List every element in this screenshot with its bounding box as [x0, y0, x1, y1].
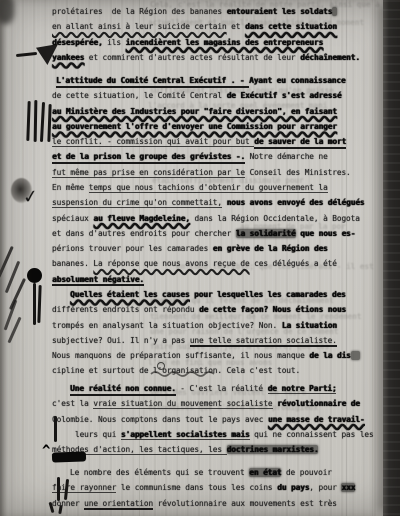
- paragraph-2: L'attitude du Comité Central Exécutif . …: [52, 76, 382, 183]
- text-segment: de Exécutif s'est adressé: [227, 91, 342, 100]
- text-segment: spéciaux: [52, 214, 93, 223]
- typed-line: fut même pas prise en considération par …: [52, 168, 382, 183]
- typed-line: spéciaux au fleuve Magdeleine, dans la R…: [52, 214, 382, 229]
- text-segment: yankees: [52, 53, 84, 62]
- text-segment: faire rayonner: [52, 483, 116, 493]
- text-segment: , pour: [309, 483, 341, 492]
- text-segment: de sauver de la mort: [254, 137, 346, 149]
- text-segment: Nous manquons de préparation suffisante,…: [52, 351, 309, 360]
- text-segment: au Ministère des Industries pour "faire …: [52, 107, 337, 116]
- paragraph-4: Quelles étaient les causes pour lesquell…: [52, 290, 382, 382]
- typed-line: Une réalité non connue. - C'est la réali…: [52, 384, 382, 399]
- text-segment: de cette situation, le Comité Central: [52, 91, 227, 100]
- text-segment: ces délégués a été: [250, 259, 337, 268]
- typed-line: c'est la vraie situation du mouvement so…: [52, 399, 382, 414]
- typed-line: subjective? Oui. Il n'y a pas une telle …: [52, 336, 382, 351]
- paragraph-5: Une réalité non connue. - C'est la réali…: [52, 384, 382, 460]
- text-segment: Colombie. Nous comptons dans tout le pay…: [52, 415, 268, 424]
- text-segment: Le nombre des éléments qui se trouvent: [70, 468, 249, 477]
- text-segment: périons trouver pour les camarades: [52, 244, 213, 253]
- circle-mark: [157, 362, 165, 370]
- text-segment: de pouvoir: [281, 468, 332, 477]
- text-segment: Quelles étaient les causes: [70, 290, 189, 299]
- typed-line: différents endroits ont répondu de cette…: [52, 305, 382, 320]
- text-segment: s'appellent socialistes mais: [121, 430, 250, 440]
- right-edge-dark-band: [383, 0, 400, 516]
- text-segment: une telle saturation socialiste.: [190, 336, 337, 348]
- text-segment: au gouvernement l'offre d'envoyer une Co…: [52, 122, 337, 131]
- text-segment: et de la prison le groupe des grévistes …: [52, 152, 245, 164]
- caret-mark: ^: [42, 443, 50, 459]
- typed-line: donner une orientation révolutionnaire a…: [52, 499, 382, 514]
- text-segment: la solidarité: [236, 229, 296, 238]
- left-edge-shadow: [0, 0, 7, 516]
- text-segment: nous avons envoyé des délégués: [222, 198, 364, 207]
- typed-line: Quelles étaient les causes pour lesquell…: [52, 290, 382, 305]
- text-segment: et commirent d'autres actes résultant de…: [84, 53, 300, 62]
- text-segment: bananes.: [52, 259, 93, 268]
- squiggle-divider: [150, 370, 222, 377]
- text-segment: La situation: [282, 321, 337, 330]
- text-segment: temps que nous tachions d'obtenir du gou…: [89, 183, 328, 193]
- typed-line: En même temps que nous tachions d'obteni…: [52, 183, 382, 198]
- typed-line: et dans d'autres endroits pour chercher …: [52, 229, 382, 244]
- text-segment: [351, 351, 360, 360]
- text-segment: en état: [249, 468, 281, 477]
- text-segment: ils: [103, 38, 126, 47]
- text-segment: dans cette situation: [245, 22, 337, 31]
- typed-line: suspension du crime qu'on commettait, no…: [52, 198, 382, 213]
- text-segment: en grève de la Région des: [213, 244, 328, 253]
- text-segment: le communisme dans tous les coins: [116, 483, 277, 492]
- typed-line: de cette situation, le Comité Central de…: [52, 91, 382, 106]
- typed-line: désespérée, ils incendièrent les magasin…: [52, 38, 382, 53]
- text-segment: et dans d'autres endroits pour chercher: [52, 229, 236, 238]
- text-segment: de notre Parti;: [268, 384, 337, 394]
- text-segment: [332, 7, 337, 16]
- text-segment: xxx: [341, 483, 355, 492]
- text-segment: que nous es-: [296, 229, 356, 238]
- top-left-corner-shadow: [0, 0, 14, 24]
- text-segment: déchaînement.: [300, 53, 360, 62]
- text-segment: prolétaires de la Région des bananes: [52, 7, 227, 16]
- typed-line: Nous manquons de préparation suffisante,…: [52, 351, 382, 366]
- typed-line: méthodes d'action, les tactiques, les do…: [52, 445, 382, 460]
- typed-line: L'attitude du Comité Central Exécutif . …: [52, 76, 382, 91]
- text-segment: le conflit. - commission qui avait pour …: [52, 137, 254, 147]
- typed-line: le conflit. - commission qui avait pour …: [52, 137, 382, 152]
- text-segment: Notre démarche ne: [245, 152, 328, 161]
- typed-line: faire rayonner le communisme dans tous l…: [52, 483, 382, 498]
- typed-line: périons trouver pour les camarades en gr…: [52, 244, 382, 259]
- text-segment: Ayant eu connaissance: [249, 76, 345, 85]
- typed-line: absolument négative.: [52, 275, 382, 290]
- text-segment: en allant ainsi à leur suicide certain: [52, 22, 227, 31]
- typed-line: au Ministère des Industries pour "faire …: [52, 107, 382, 122]
- text-segment: pour lesquelles les camarades des: [189, 290, 345, 299]
- pencil-dash: [16, 52, 37, 57]
- text-segment: vraie situation du mouvement socialiste: [93, 399, 272, 409]
- typed-line: leurs qui s'appellent socialistes mais q…: [52, 430, 382, 445]
- typed-line: prolétaires de la Région des bananes ent…: [52, 7, 382, 22]
- text-segment: c'est la: [52, 399, 93, 408]
- text-segment: Une réalité non connue.: [70, 384, 176, 396]
- paragraph-6: Le nombre des éléments qui se trouvent e…: [52, 468, 382, 514]
- text-segment: trompés en analysant la situation object…: [52, 321, 282, 330]
- text-segment: dans la Région Occidentale, à Bogota: [190, 214, 360, 223]
- text-segment: et: [227, 22, 245, 31]
- text-segment: révolutionnaire aux mouvements est très: [153, 499, 337, 508]
- paragraph-1: prolétaires de la Région des bananes ent…: [52, 7, 382, 68]
- text-segment: au fleuve Magdeleine,: [93, 214, 189, 223]
- typed-line: Colombie. Nous comptons dans tout le pay…: [52, 415, 382, 430]
- text-segment: subjective? Oui. Il n'y a pas: [52, 336, 190, 345]
- document-photo: Cela, c'est la réalité de notre parti, a…: [0, 0, 400, 516]
- text-segment: une orientation: [84, 499, 153, 511]
- text-segment: du pays: [277, 483, 309, 492]
- typed-line: au gouvernement l'offre d'envoyer une Co…: [52, 122, 382, 137]
- text-segment: leurs qui: [52, 430, 121, 439]
- text-segment: L'attitude du Comité Central Exécutif . …: [56, 76, 249, 88]
- short-bar: [54, 416, 57, 442]
- text-segment: de la dis: [309, 351, 350, 360]
- text-segment: En même: [52, 183, 89, 192]
- typed-line: et de la prison le groupe des grévistes …: [52, 152, 382, 167]
- text-segment: Conseil des Ministres.: [245, 168, 351, 177]
- paragraph-3: En même temps que nous tachions d'obteni…: [52, 183, 382, 290]
- text-segment: qui ne connaissent pas les: [250, 430, 374, 439]
- typed-line: en allant ainsi à leur suicide certain e…: [52, 22, 382, 37]
- text-segment: La réponse que nous avons reçue de: [93, 259, 249, 268]
- text-segment: doctrines marxistes.: [227, 445, 319, 454]
- typed-line: bananes. La réponse que nous avons reçue…: [52, 259, 382, 274]
- text-segment: différents endroits ont répondu: [52, 305, 199, 314]
- typed-line: trompés en analysant la situation object…: [52, 321, 382, 336]
- text-segment: incendièrent les magasins des entreprene…: [126, 38, 324, 47]
- text-segment: suspension du crime qu'on commettait,: [52, 198, 222, 208]
- text-segment: absolument négative.: [52, 275, 144, 287]
- ink-blob: [52, 451, 86, 462]
- check-mark: ✓: [23, 183, 38, 208]
- text-segment: de cette façon? Nous étions nous: [199, 305, 346, 314]
- text-segment: une masse de travail-: [268, 415, 364, 424]
- text-segment: révolutionnaire de: [273, 399, 360, 408]
- typed-line: yankees et commirent d'autres actes résu…: [52, 53, 382, 68]
- text-segment: entouraient les soldats: [227, 7, 333, 16]
- text-segment: - C'est la réalité: [176, 384, 268, 393]
- text-segment: fut même pas prise en considération par …: [52, 168, 245, 178]
- typed-line: Le nombre des éléments qui se trouvent e…: [52, 468, 382, 483]
- text-segment: désespérée,: [52, 38, 103, 47]
